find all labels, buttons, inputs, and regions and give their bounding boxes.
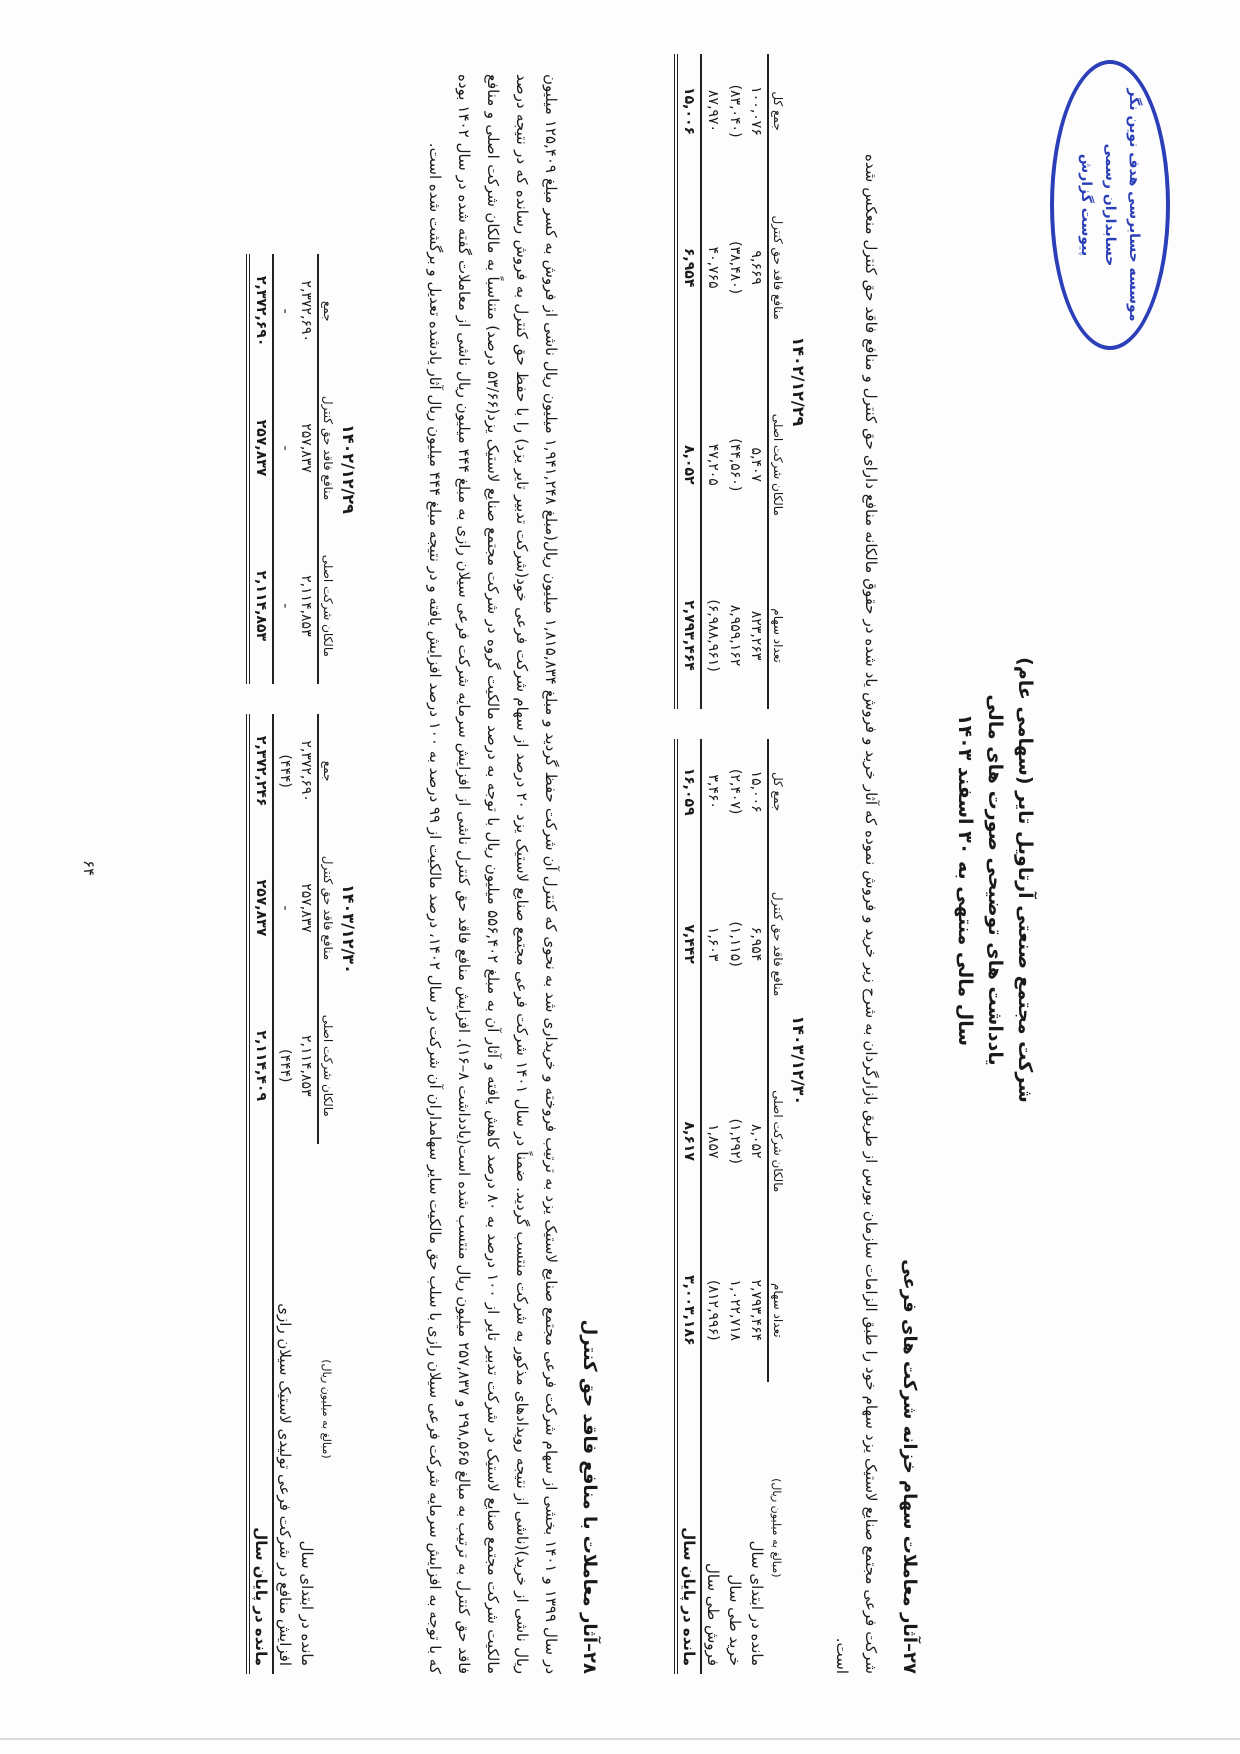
table-cell: ۸,۹۵۹,۱۶۲ [724, 562, 746, 708]
table-cell: (۶,۹۸۸,۹۶۱) [701, 562, 724, 708]
table-cell: ۱,۶۰۳ [701, 845, 724, 1044]
table-cell: - [273, 368, 296, 527]
col-header: تعداد سهام [768, 562, 787, 708]
stamp-line: پیوست گزارش [1074, 64, 1098, 346]
table-cell: ۱,۰۲۲,۷۱۸ [724, 1239, 746, 1382]
table-cell: ۲,۳۷۲,۲۴۶ [248, 714, 273, 828]
table-cell: - [273, 254, 296, 368]
section-28-table: ۱۴۰۳/۱۲/۳۰ ۱۴۰۲/۱۲/۲۹ (مبالغ به میلیون ر… [246, 254, 360, 1674]
table-cell: ۴۰,۷۶۵ [701, 168, 724, 367]
table-row: مانده در پایان سال۳,۰۰۳,۱۸۶۸,۶۱۷۷,۴۴۲۱۶,… [676, 54, 701, 1674]
section-27-paragraph: شرکت فرعی مجتمع صنایع لاستیک یزد سهام خو… [827, 154, 885, 1674]
table-cell: ۲,۷۹۳,۴۶۴ [746, 1239, 768, 1382]
table-cell: ۲,۱۱۴,۸۵۳ [296, 528, 318, 684]
document-page: شرکت مجتمع صنعتی آرتاویل تایر (سهامی عام… [0, 0, 1240, 1754]
table-cell: (۲,۴۰۷) [724, 739, 746, 845]
table-cell: (۴۴۴) [273, 988, 296, 1144]
section-27-title: ۲۷–آثار معاملات سهام خزانه شرکت های فرعی [899, 1259, 920, 1674]
period-header-1403: ۱۴۰۳/۱۲/۳۰ [787, 739, 810, 1382]
table-cell: ۹,۶۶۹ [746, 168, 768, 367]
row-label: افزایش منافع در شرکت فرعی تولیدی لاستیک … [273, 1144, 296, 1674]
col-header: جمع کل [768, 739, 787, 845]
period-header-1403: ۱۴۰۳/۱۲/۳۰ [337, 714, 360, 1144]
table-cell: ۱,۸۵۷ [701, 1044, 724, 1239]
table-cell: ۸۲۳,۲۶۳ [746, 562, 768, 708]
table-cell: ۲,۷۹۳,۴۶۴ [676, 562, 701, 708]
col-header: منافع فاقد حق کنترل [768, 168, 787, 367]
table-cell: (۳۸,۴۸۰) [724, 168, 746, 367]
spacer [248, 684, 273, 714]
table-cell: ۵,۴۰۷ [746, 367, 768, 562]
period-header-1402: ۱۴۰۲/۱۲/۲۹ [787, 54, 810, 709]
row-label: خرید طی سال [724, 1382, 746, 1674]
document-header: شرکت مجتمع صنعتی آرتاویل تایر (سهامی عام… [950, 560, 1040, 1200]
table-cell: ۲۵۷,۸۳۷ [296, 368, 318, 527]
col-header: مالکان شرکت اصلی [768, 1044, 787, 1239]
col-header: مالکان شرکت اصلی [318, 528, 337, 684]
table-cell: - [273, 528, 296, 684]
col-header: منافع فاقد حق کنترل [768, 845, 787, 1044]
table-cell: ۲,۳۷۲,۶۹۰ [296, 714, 318, 828]
stamp-line: موسسه حسابرسی هدف نوین نگر [1122, 64, 1146, 346]
table-cell: ۲,۱۱۴,۸۵۳ [296, 988, 318, 1144]
table-cell: ۱۶,۰۵۹ [676, 739, 701, 845]
spacer [676, 709, 701, 739]
company-name: شرکت مجتمع صنعتی آرتاویل تایر (سهامی عام… [1010, 560, 1040, 1200]
stamp-line: حسابداران رسمی [1098, 64, 1122, 346]
table-cell: ۲۵۷,۸۳۷ [296, 828, 318, 987]
table-cell: ۲,۱۱۴,۸۵۳ [248, 528, 273, 684]
table-cell: ۳,۰۰۳,۱۸۶ [676, 1239, 701, 1382]
page-number: ۶۴ [80, 860, 98, 876]
table-cell: ۲,۱۱۴,۴۰۹ [248, 988, 273, 1144]
section-27-table: ۱۴۰۳/۱۲/۳۰ ۱۴۰۲/۱۲/۲۹ (مبالغ به میلیون ر… [674, 54, 810, 1674]
table-cell: ۲,۳۷۲,۶۹۰ [296, 254, 318, 368]
table-row: فروش طی سال(۸۱۲,۹۹۶)۱,۸۵۷۱,۶۰۳۳,۴۶۰(۶,۹۸… [701, 54, 724, 1674]
col-header: جمع [318, 714, 337, 828]
table-cell: ۸۷,۹۷۰ [701, 54, 724, 168]
table-cell: ۶,۹۵۴ [676, 168, 701, 367]
table-cell: ۲۵۷,۸۳۷ [248, 828, 273, 987]
col-header: تعداد سهام [768, 1239, 787, 1382]
row-label: مانده در پایان سال [248, 1144, 273, 1674]
section-28-title: ۲۸–آثار معاملات با منافع فاقد حق کنترل [579, 1320, 600, 1674]
table-row: افزایش منافع در شرکت فرعی تولیدی لاستیک … [273, 254, 296, 1674]
row-label: مانده در ابتدای سال [746, 1382, 768, 1674]
table-cell: ۱۰۰,۰۷۶ [746, 54, 768, 168]
table-cell: (۸۱۲,۹۹۶) [701, 1239, 724, 1382]
table-cell: ۱۵,۰۰۶ [746, 739, 768, 845]
spacer [296, 684, 318, 714]
table-cell: ۷,۴۴۲ [676, 845, 701, 1044]
table-cell: (۴۴۴) [273, 714, 296, 828]
table-cell: ۶,۹۵۴ [746, 845, 768, 1044]
table-cell: ۲۵۷,۸۳۷ [248, 368, 273, 527]
table-cell: (۴۴,۵۶۰) [724, 367, 746, 562]
table-row: خرید طی سال۱,۰۲۲,۷۱۸(۱,۲۹۲)(۱,۱۱۵)(۲,۴۰۷… [724, 54, 746, 1674]
table-cell: ۸,۰۵۲ [746, 1044, 768, 1239]
table-cell: ۲,۳۷۲,۶۹۰ [248, 254, 273, 368]
table-cell: ۸,۰۵۲ [676, 367, 701, 562]
table-cell: (۱,۱۱۵) [724, 845, 746, 1044]
auditor-stamp: موسسه حسابرسی هدف نوین نگر حسابداران رسم… [1050, 60, 1170, 350]
table-cell: ۸,۶۱۷ [676, 1044, 701, 1239]
spacer [273, 684, 296, 714]
unit-label: (مبالغ به میلیون ریال) [771, 1478, 784, 1577]
table-cell: - [273, 828, 296, 987]
col-header: مالکان شرکت اصلی [318, 988, 337, 1144]
spacer [746, 709, 768, 739]
unit-label: (مبالغ به میلیون ریال) [321, 1359, 334, 1458]
table-cell: ۳,۴۶۰ [701, 739, 724, 845]
table-cell: (۱,۲۹۲) [724, 1044, 746, 1239]
table-row: مانده در پایان سال۲,۱۱۴,۴۰۹۲۵۷,۸۳۷۲,۳۷۲,… [248, 254, 273, 1674]
col-header: منافع فاقد حق کنترل [318, 828, 337, 987]
spacer [701, 709, 724, 739]
table-cell: (۸۳,۰۴۰) [724, 54, 746, 168]
col-header: جمع کل [768, 54, 787, 168]
period-header-1402: ۱۴۰۲/۱۲/۲۹ [337, 254, 360, 684]
table-row: مانده در ابتدای سال۲,۷۹۳,۴۶۴۸,۰۵۲۶,۹۵۴۱۵… [746, 54, 768, 1674]
row-label: فروش طی سال [701, 1382, 724, 1674]
page-edge [0, 1738, 1240, 1740]
fiscal-period: سال مالی منتهی به ۳۰ اسفند ۱۴۰۳ [950, 560, 980, 1200]
col-header: منافع فاقد حق کنترل [318, 368, 337, 527]
row-label: مانده در ابتدای سال [296, 1144, 318, 1674]
table-cell: ۱۵,۰۰۶ [676, 54, 701, 168]
section-28-paragraph: در سال ۱۳۹۹ و ۱۴۰۱ بخشی از سهام شرکت فرع… [420, 74, 565, 1674]
col-header: جمع [318, 254, 337, 368]
row-label: مانده در پایان سال [676, 1382, 701, 1674]
spacer [724, 709, 746, 739]
table-cell: ۴۷,۲۰۵ [701, 367, 724, 562]
table-row: مانده در ابتدای سال۲,۱۱۴,۸۵۳۲۵۷,۸۳۷۲,۳۷۲… [296, 254, 318, 1674]
col-header: مالکان شرکت اصلی [768, 367, 787, 562]
document-subtitle: یادداشت های توضیحی صورت های مالی [980, 560, 1010, 1200]
